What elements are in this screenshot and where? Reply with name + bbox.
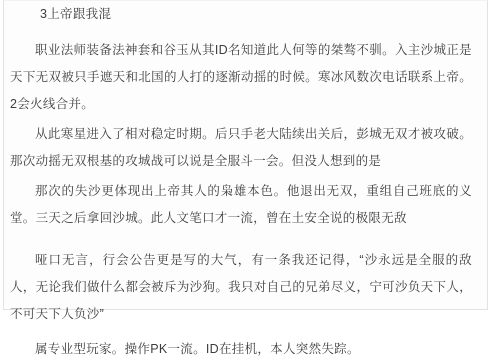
section-title: 3上帝跟我混 [10, 1, 472, 25]
paragraph-2: 从此寒星进入了相对稳定时期。后只手老大陆续出关后，彭城无双才被攻破。那次动摇无双… [10, 121, 472, 175]
paragraph-1: 职业法师装备法神套和谷玉从其ID名知道此人何等的桀骜不驯。入主沙城正是天下无双被… [10, 37, 472, 118]
document-page: 3上帝跟我混 职业法师装备法神套和谷玉从其ID名知道此人何等的桀骜不驯。入主沙城… [3, 0, 488, 310]
paragraph-4: 哑口无言，行会公告更是写的大气，有一条我还记得，“沙永远是全服的敌人，无论我们做… [10, 247, 472, 315]
paragraph-3: 那次的失沙更体现出上帝其人的枭雄本色。他退出无双，重组自己班底的义堂。三天之后拿… [10, 178, 472, 232]
